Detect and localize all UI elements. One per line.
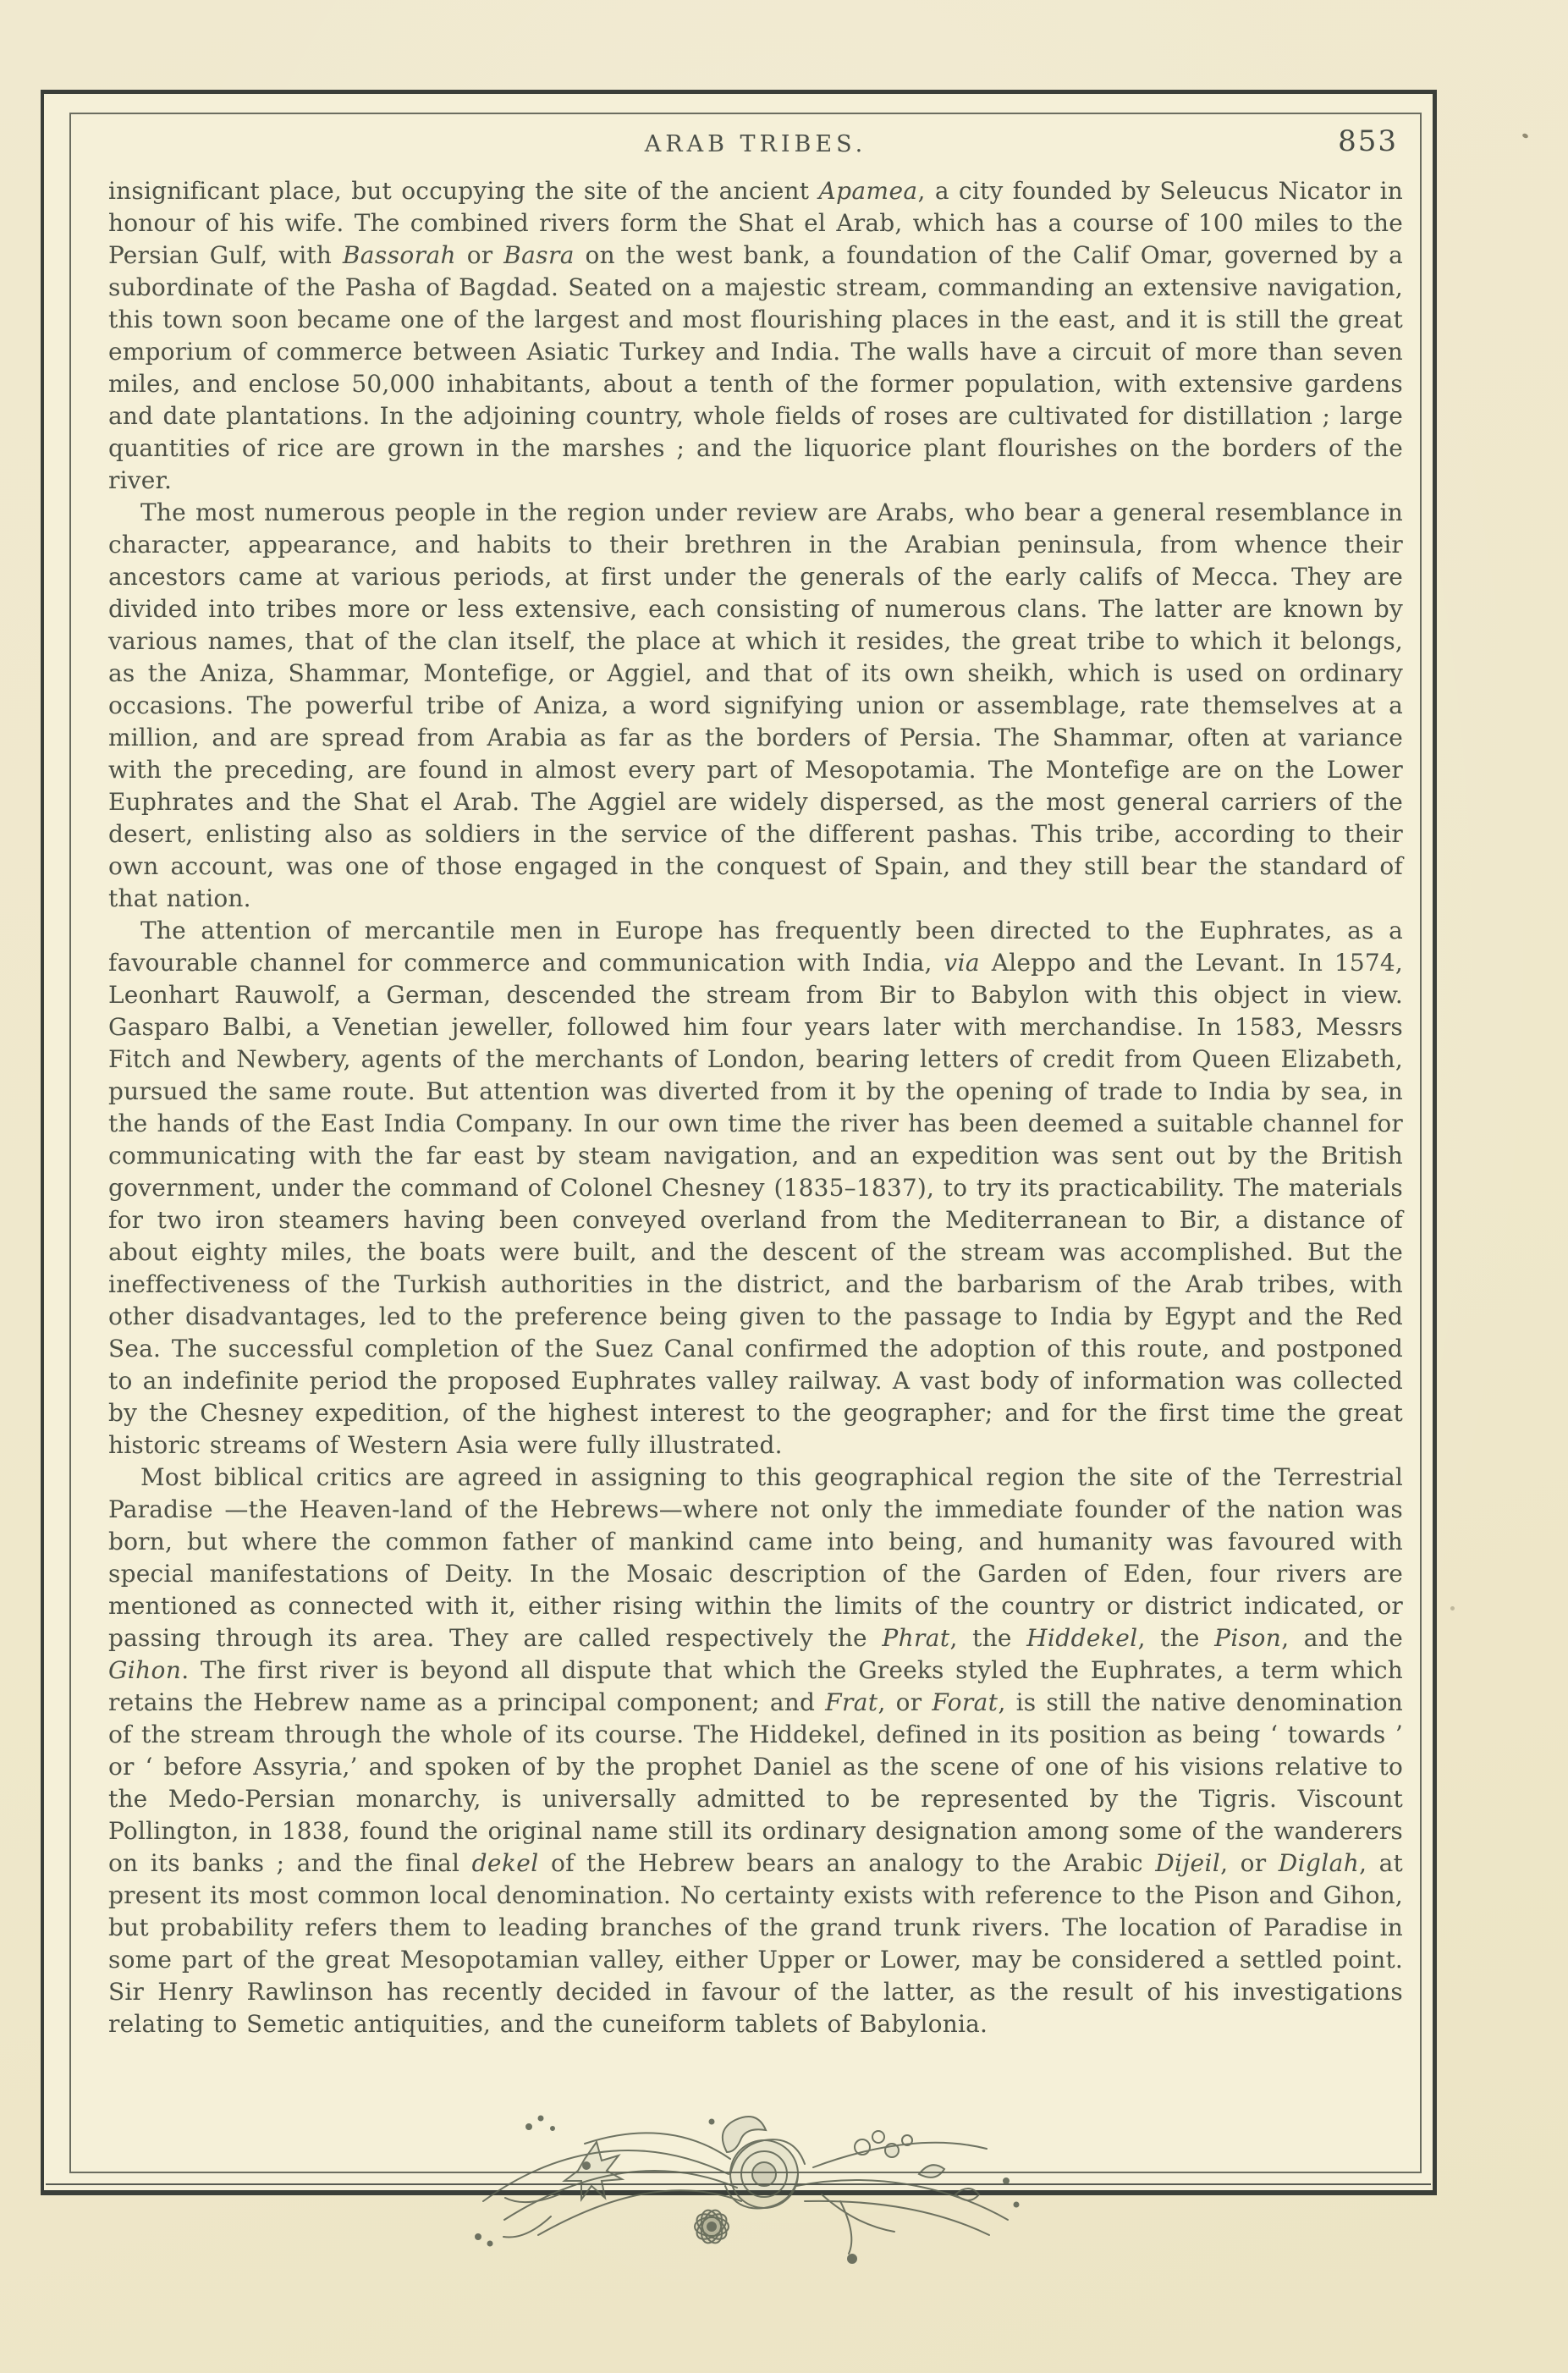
scan-speck: [1521, 133, 1528, 139]
italic-text-segment: Hiddekel: [1026, 1624, 1137, 1652]
italic-text-segment: Diglah: [1279, 1849, 1359, 1877]
italic-text-segment: via: [944, 949, 980, 977]
italic-text-segment: Pison: [1214, 1624, 1281, 1652]
text-segment: or: [456, 241, 503, 269]
running-title: ARAB TRIBES.: [108, 131, 1403, 157]
italic-text-segment: Gihon: [108, 1656, 181, 1684]
italic-text-segment: Bassorah: [343, 241, 456, 269]
italic-text-segment: Apamea: [818, 177, 917, 205]
text-segment: on the west bank, a foundation of the Ca…: [108, 241, 1403, 494]
body-paragraph: The attention of mercantile men in Europ…: [108, 915, 1403, 1462]
text-segment: , at present its most common local denom…: [108, 1849, 1403, 2038]
text-segment: , or: [1220, 1849, 1279, 1877]
page-inner-rule: ARAB TRIBES. 853 insignificant place, bu…: [69, 113, 1422, 2173]
body-paragraph: Most biblical critics are agreed in assi…: [108, 1462, 1403, 2040]
text-segment: The most numerous people in the region u…: [108, 498, 1403, 912]
body-paragraph: insignificant place, but occupying the s…: [108, 175, 1403, 497]
floral-tailpiece-illustration: [458, 2093, 1033, 2272]
page-number: 853: [1338, 124, 1398, 158]
italic-text-segment: Basra: [503, 241, 575, 269]
italic-text-segment: Phrat: [882, 1624, 949, 1652]
tailpiece-row: [98, 2093, 1393, 2272]
italic-text-segment: dekel: [472, 1849, 539, 1877]
italic-text-segment: Forat: [932, 1688, 998, 1716]
text-segment: , the: [1138, 1624, 1215, 1652]
body-text: insignificant place, but occupying the s…: [108, 175, 1403, 2040]
text-segment: , and the: [1281, 1624, 1403, 1652]
page-header: ARAB TRIBES. 853: [108, 128, 1403, 168]
scanned-book-page: ARAB TRIBES. 853 insignificant place, bu…: [0, 0, 1568, 2373]
body-paragraph: The most numerous people in the region u…: [108, 497, 1403, 915]
scan-speck: [1450, 1606, 1455, 1610]
page-border-frame: ARAB TRIBES. 853 insignificant place, bu…: [41, 90, 1437, 2195]
text-segment: insignificant place, but occupying the s…: [108, 177, 818, 205]
text-segment: Aleppo and the Levant. In 1574, Leonhart…: [108, 949, 1403, 1459]
page-content: ARAB TRIBES. 853 insignificant place, bu…: [71, 114, 1420, 2172]
text-segment: , the: [950, 1624, 1027, 1652]
italic-text-segment: Dijeil: [1155, 1849, 1220, 1877]
text-segment: , or: [878, 1688, 933, 1716]
text-segment: of the Hebrew bears an analogy to the Ar…: [539, 1849, 1156, 1877]
italic-text-segment: Frat: [825, 1688, 878, 1716]
